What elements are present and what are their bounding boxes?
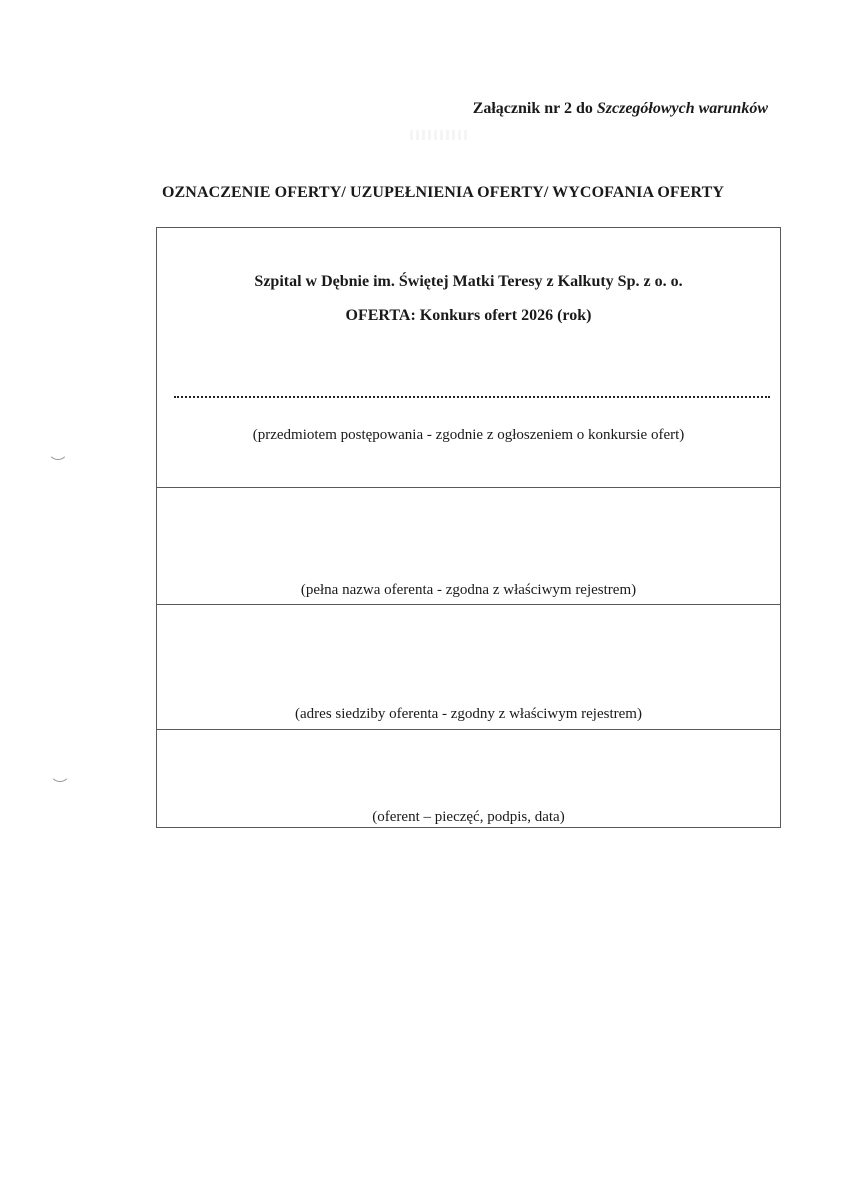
attachment-reference: Szczegółowych warunków [597,100,768,117]
offeror-name-field[interactable]: (pełna nazwa oferenta - zgodna z właściw… [157,488,780,605]
hospital-name: Szpital w Dębnie im. Świętej Matki Teres… [157,273,780,291]
offer-label-form: Szpital w Dębnie im. Świętej Matki Teres… [156,227,781,828]
offeror-address-field[interactable]: (adres siedziby oferenta - zgodny z właś… [157,605,780,730]
offeror-name-caption: (pełna nazwa oferenta - zgodna z właściw… [157,582,780,599]
offer-line: OFERTA: Konkurs ofert 2026 (rok) [157,307,780,325]
document-title: OZNACZENIE OFERTY/ UZUPEŁNIENIA OFERTY/ … [0,184,848,202]
signature-field[interactable]: (oferent – pieczęć, podpis, data) [157,730,780,827]
offer-subject-section: Szpital w Dębnie im. Świętej Matki Teres… [157,228,780,488]
attachment-note: Załącznik nr 2 do Szczegółowych warunków [473,100,768,118]
subject-caption: (przedmiotem postępowania - zgodnie z og… [157,427,780,444]
attachment-prefix: Załącznik nr 2 do [473,100,597,117]
punch-hole-mark [50,762,70,782]
offeror-address-caption: (adres siedziby oferenta - zgodny z właś… [157,706,780,723]
signature-caption: (oferent – pieczęć, podpis, data) [157,809,780,826]
punch-hole-mark [48,440,68,460]
subject-fill-line[interactable] [174,396,770,398]
scan-artifact [410,130,470,140]
